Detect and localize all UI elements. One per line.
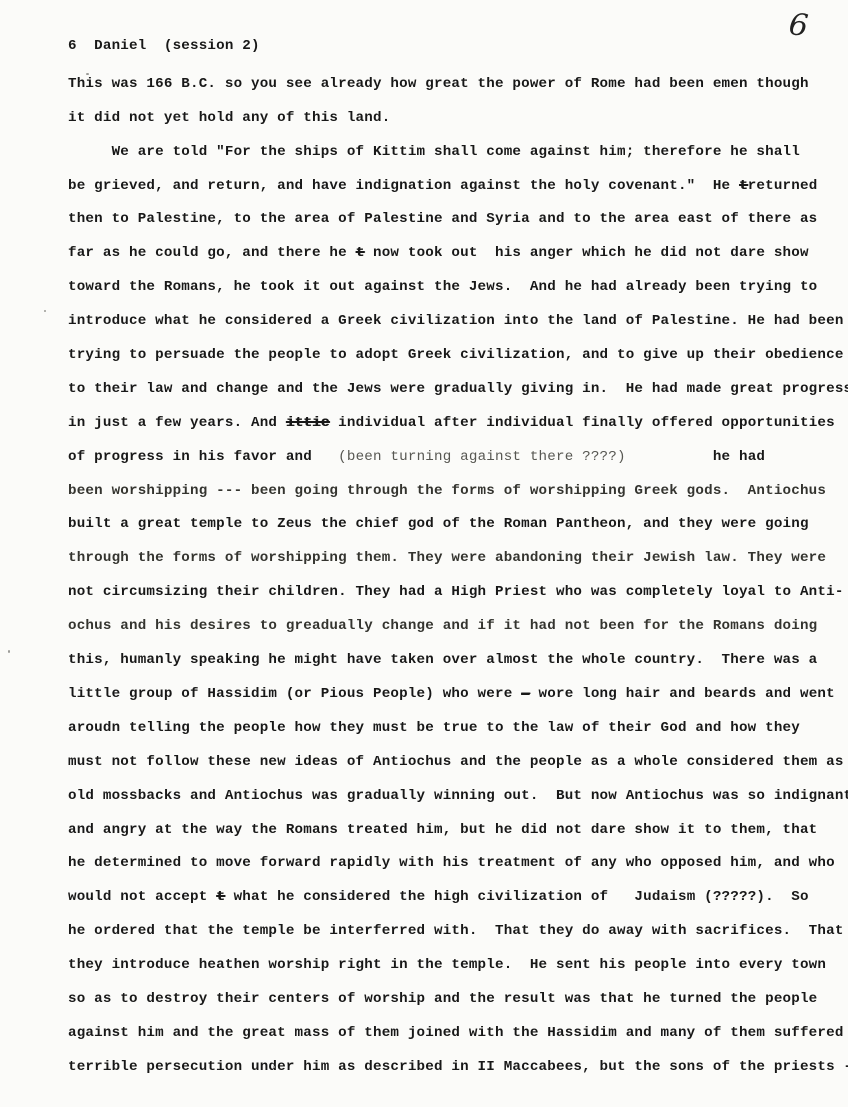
struck-text: t [356,245,365,261]
text-line: We are told "For the ships of Kittim sha… [68,136,824,170]
text-segment: terrible persecution under him as descri… [68,1059,848,1075]
text-segment: now took out his anger which he did not … [364,245,808,261]
text-segment: This was 166 B.C. so you see already how… [68,76,809,92]
text-line: then to Palestine, to the area of Palest… [68,203,824,237]
text-segment: (been turning against there ????) [338,449,626,465]
text-segment: then to Palestine, to the area of Palest… [68,211,817,227]
text-line: they introduce heathen worship right in … [68,949,824,983]
text-line: be grieved, and return, and have indigna… [68,170,824,204]
text-line: little group of Hassidim (or Pious Peopl… [68,678,824,712]
text-segment: ochus and his desires to greadually chan… [68,618,817,634]
text-segment: they introduce heathen worship right in … [68,957,826,973]
text-segment: built a great temple to Zeus the chief g… [68,516,809,532]
text-line: he ordered that the temple be interferre… [68,915,824,949]
struck-text: t [739,178,748,194]
text-segment: it did not yet hold any of this land. [68,110,390,126]
text-segment: and angry at the way the Romans treated … [68,822,817,838]
text-line: not circumsizing their children. They ha… [68,576,824,610]
text-segment: toward the Romans, he took it out agains… [68,279,817,295]
text-line: this, humanly speaking he might have tak… [68,644,824,678]
scan-speck [44,310,46,312]
text-line: through the forms of worshipping them. T… [68,542,824,576]
scanned-page: 6 6 Daniel (session 2) This was 166 B.C.… [0,0,848,1107]
text-line: aroudn telling the people how they must … [68,712,824,746]
text-line: so as to destroy their centers of worshi… [68,983,824,1017]
text-segment: We are told "For the ships of Kittim sha… [68,144,800,160]
text-line: trying to persuade the people to adopt G… [68,339,824,373]
text-segment: must not follow these new ideas of Antio… [68,754,844,770]
text-line: would not accept t what he considered th… [68,881,824,915]
text-line: it did not yet hold any of this land. [68,102,824,136]
document-lines: This was 166 B.C. so you see already how… [68,68,824,1085]
text-segment: little group of Hassidim (or Pious Peopl… [68,686,521,702]
text-segment: what he considered the high civilization… [225,889,809,905]
text-segment: against him and the great mass of them j… [68,1025,844,1041]
text-line: and angry at the way the Romans treated … [68,814,824,848]
text-segment: through the forms of worshipping them. T… [68,550,826,566]
text-segment: would not accept [68,889,216,905]
text-segment: of progress in his favor and [68,449,338,465]
text-segment: so as to destroy their centers of worshi… [68,991,817,1007]
text-line: old mossbacks and Antiochus was graduall… [68,780,824,814]
struck-text: t [216,889,225,905]
text-segment: in just a few years. And [68,415,286,431]
text-segment: wore long hair and beards and went [530,686,835,702]
text-segment: been worshipping --- been going through … [68,483,826,499]
text-line: built a great temple to Zeus the chief g… [68,508,824,542]
struck-text: ittie [286,415,330,431]
text-segment: individual after individual finally offe… [329,415,834,431]
text-line: This was 166 B.C. so you see already how… [68,68,824,102]
text-segment: aroudn telling the people how they must … [68,720,800,736]
text-line: must not follow these new ideas of Antio… [68,746,824,780]
handwritten-page-number: 6 [787,7,810,44]
text-segment: he determined to move forward rapidly wi… [68,855,835,871]
text-line: in just a few years. And ittie individua… [68,407,824,441]
text-line: been worshipping --- been going through … [68,475,824,509]
text-line: ochus and his desires to greadually chan… [68,610,824,644]
text-line: far as he could go, and there he t now t… [68,237,824,271]
scan-speck [273,1066,275,1068]
scan-speck [86,73,89,75]
text-line: to their law and change and the Jews wer… [68,373,824,407]
text-line: introduce what he considered a Greek civ… [68,305,824,339]
text-segment: old mossbacks and Antiochus was graduall… [68,788,848,804]
text-line: he determined to move forward rapidly wi… [68,847,824,881]
text-segment: far as he could go, and there he [68,245,356,261]
text-line: toward the Romans, he took it out agains… [68,271,824,305]
text-segment: trying to persuade the people to adopt G… [68,347,844,363]
text-segment: introduce what he considered a Greek civ… [68,313,844,329]
text-segment: this, humanly speaking he might have tak… [68,652,817,668]
scan-speck [8,650,10,653]
text-segment: returned [748,178,818,194]
text-segment: not circumsizing their children. They ha… [68,584,844,600]
text-segment: be grieved, and return, and have indigna… [68,178,739,194]
text-line: terrible persecution under him as descri… [68,1051,824,1085]
text-line: against him and the great mass of them j… [68,1017,824,1051]
document-header: 6 Daniel (session 2) [68,30,824,64]
text-segment: to their law and change and the Jews wer… [68,381,848,397]
text-line: of progress in his favor and (been turni… [68,441,824,475]
text-segment: he had [626,449,765,465]
text-segment: — [521,686,530,702]
text-segment: he ordered that the temple be interferre… [68,923,844,939]
